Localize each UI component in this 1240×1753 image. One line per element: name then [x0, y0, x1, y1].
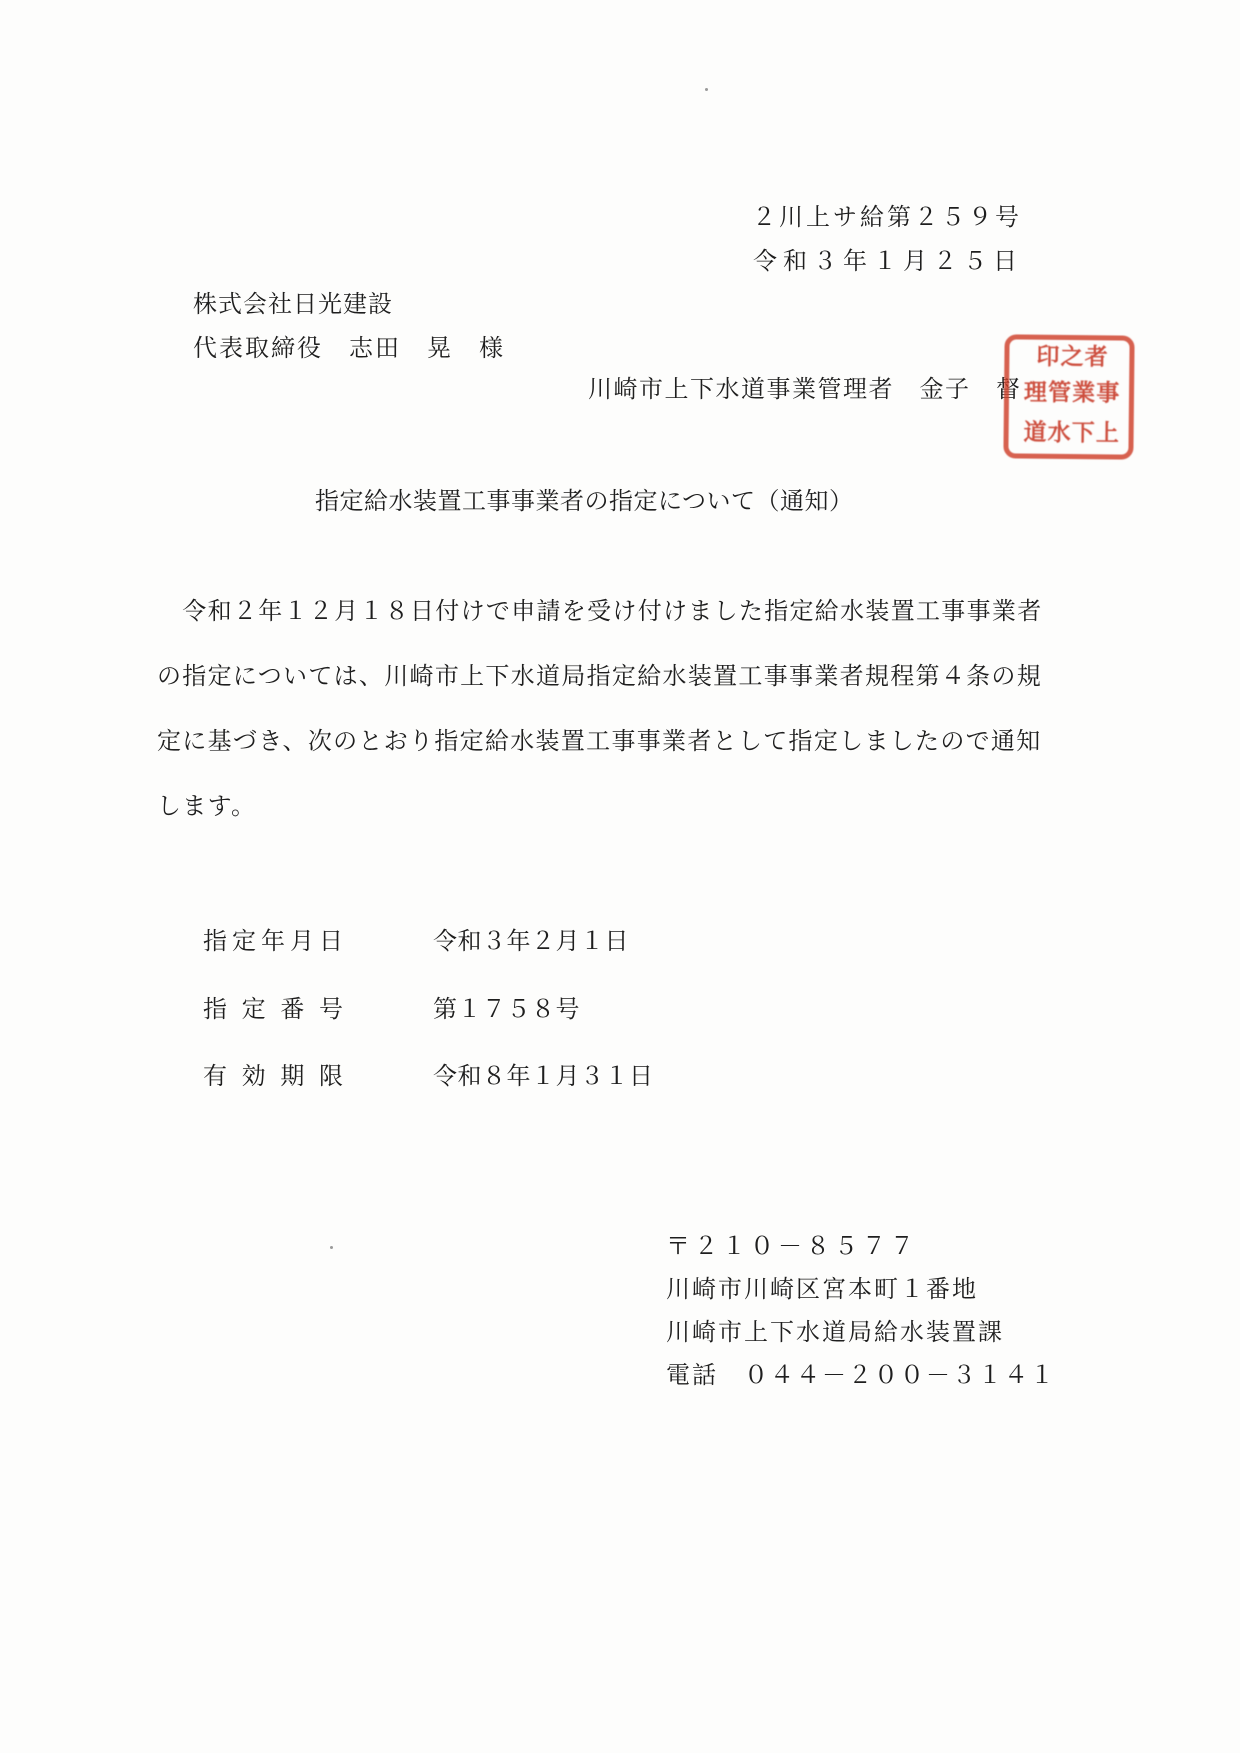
body-line: 定に基づき、次のとおり指定給水装置工事事業者として指定しましたので通知: [157, 727, 1042, 757]
detail-value: 第１７５８号: [433, 989, 580, 1024]
header-date: 令和３年１月２５日: [753, 247, 1023, 277]
document-page: ２川上サ給第２５９号 令和３年１月２５日 株式会社日光建設 代表取締役 志田 晃…: [0, 0, 1240, 1753]
detail-label: 有効期限: [203, 1056, 343, 1091]
footer-department: 川崎市上下水道局給水装置課: [666, 1318, 1004, 1348]
detail-value: 令和８年１月３１日: [433, 1056, 654, 1091]
scan-speck: [705, 88, 708, 91]
footer-postal-code: 〒２１０－８５７７: [666, 1232, 918, 1262]
detail-label: 指定番号: [203, 989, 343, 1024]
detail-row-expiration-date: 有効期限 令和８年１月３１日: [203, 1056, 654, 1091]
seal-text-column: 事業管理: [1021, 372, 1118, 412]
detail-value: 令和３年２月１日: [433, 921, 629, 956]
header-doc-number: ２川上サ給第２５９号: [752, 203, 1022, 233]
sender-line: 川崎市上下水道事業管理者 金子 督: [588, 375, 1022, 405]
detail-row-designation-date: 指定年月日 令和３年２月１日: [203, 921, 629, 956]
official-seal: 者之印 事業管理 上下水道: [1003, 334, 1134, 459]
body-line: します。: [157, 792, 256, 822]
body-line: 令和２年１２月１８日付けで申請を受け付けました指定給水装置工事事業者: [157, 597, 1043, 627]
body-line: の指定については、川崎市上下水道局指定給水装置工事事業者規程第４条の規: [157, 662, 1042, 692]
recipient-company: 株式会社日光建設: [193, 290, 393, 320]
document-title: 指定給水装置工事事業者の指定について（通知）: [315, 487, 854, 517]
recipient-representative: 代表取締役 志田 晃 様: [193, 334, 505, 364]
seal-text-column: 者之印: [1033, 342, 1106, 372]
detail-row-designation-number: 指定番号 第１７５８号: [203, 989, 580, 1024]
footer-address: 川崎市川崎区宮本町１番地: [666, 1275, 978, 1305]
footer-phone: 電話 ０４４－２００－３１４１: [666, 1361, 1056, 1391]
detail-label: 指定年月日: [203, 921, 343, 956]
scan-speck: [330, 1246, 333, 1249]
seal-text-column: 上下水道: [1020, 413, 1117, 453]
